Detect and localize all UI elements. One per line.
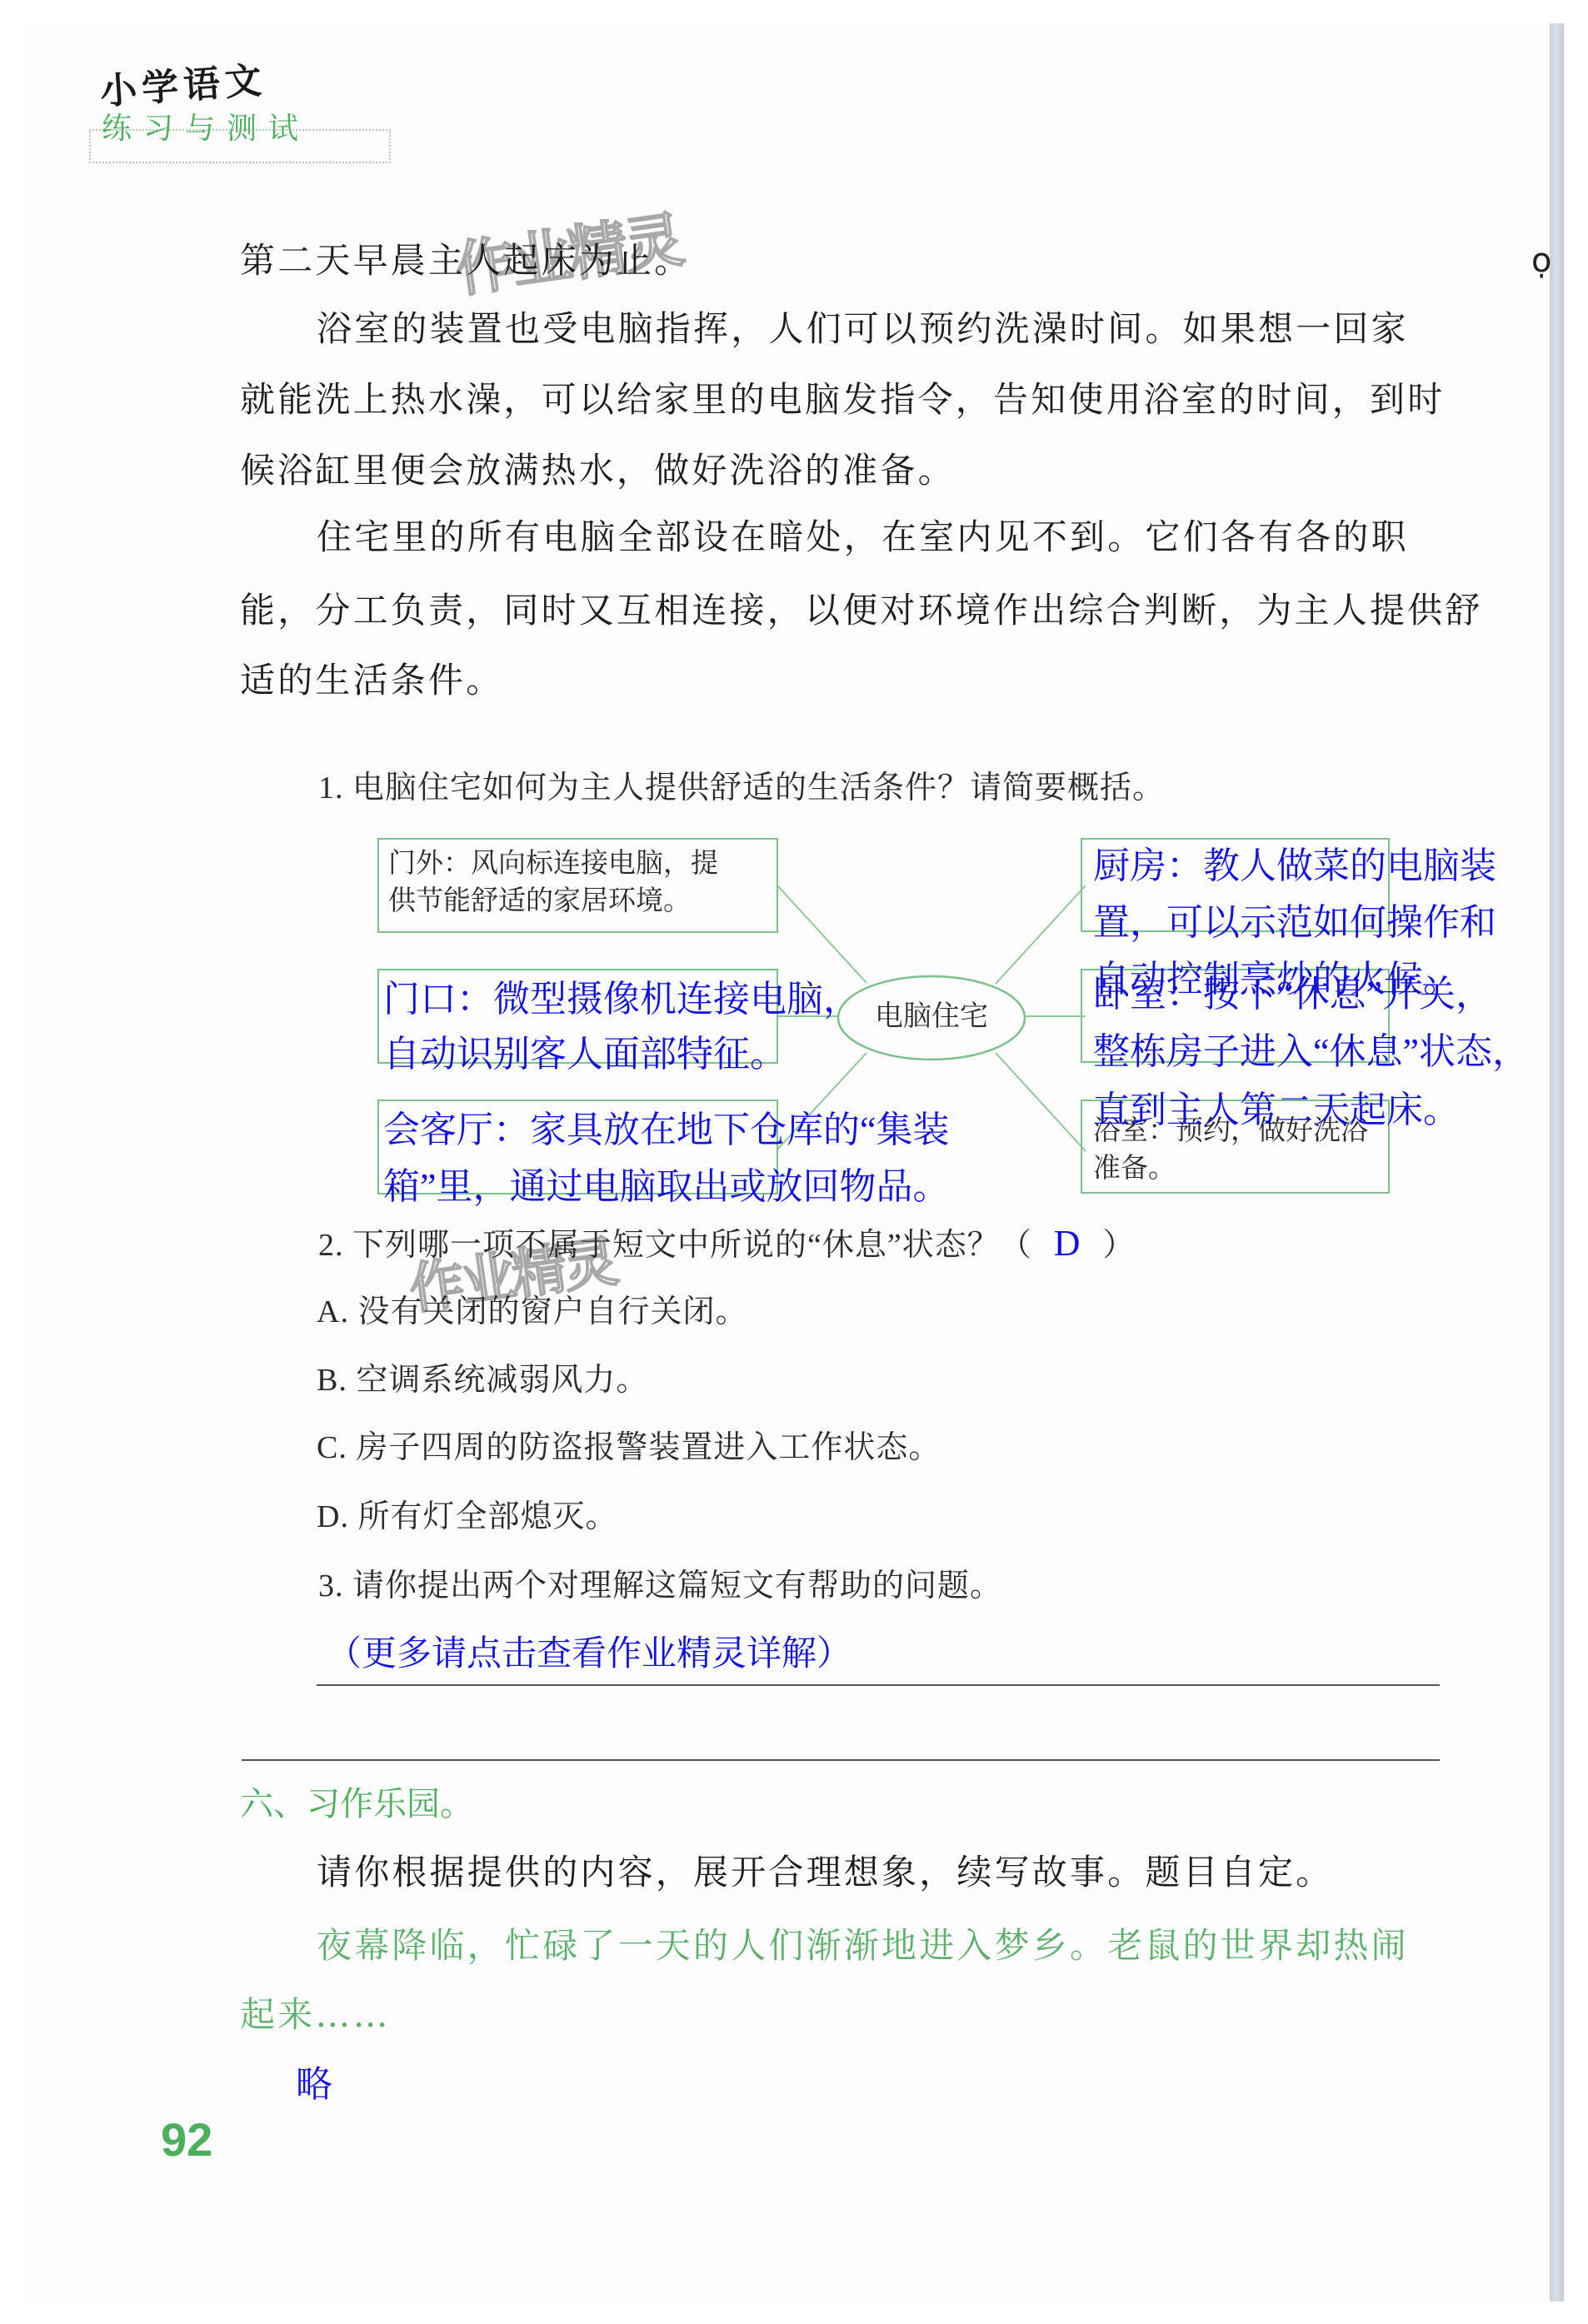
mind-map-answer-line: 卧室：按下“休息”开关， (1093, 966, 1492, 1023)
mind-map-answer-line: 会客厅：家具放在地下仓库的“集装 (383, 1102, 950, 1159)
question-2-prompt: 2. 下列哪一项不属于短文中所说的“休息”状态？（D） (318, 1219, 1136, 1264)
question-2-text: 2. 下列哪一项不属于短文中所说的“休息”状态？（ (318, 1228, 1032, 1263)
mind-map-answer-line: 直到主人第二天起床。 (1093, 1082, 1460, 1139)
section-6-answer: 略 (296, 2054, 332, 2107)
option-d: D. 所有灯全部熄灭。 (317, 1490, 617, 1536)
mind-map-answer-line: 整栋房子进入“休息”状态， (1093, 1024, 1529, 1080)
mind-map-printed-line: 门外：风向标连接电脑，提 (388, 845, 718, 883)
mind-map-printed-line: 准备。 (1093, 1150, 1176, 1188)
answer-line-2 (242, 1759, 1440, 1761)
mind-map-answer-line: 箱”里，通过电脑取出或放回物品。 (383, 1159, 950, 1215)
question-3-answer-link[interactable]: （更多请点击查看作业精灵详解） (327, 1626, 851, 1676)
mind-map-printed-line: 供节能舒适的家居环境。 (388, 883, 691, 920)
option-c: C. 房子四周的防盗报警装置进入工作状态。 (317, 1421, 941, 1467)
question-3-prompt: 3. 请你提出两个对理解这篇短文有帮助的问题。 (318, 1559, 1002, 1605)
option-b: B. 空调系统减弱风力。 (317, 1354, 648, 1399)
option-a: A. 没有关闭的窗户自行关闭。 (317, 1285, 747, 1331)
story-prompt-line-1: 夜幕降临，忙碌了一天的人们渐渐地进入梦乡。老鼠的世界却热闹 (317, 1918, 1409, 1968)
mind-map-center-label: 电脑住宅 (875, 998, 988, 1035)
mind-map-answer-line: 自动识别客人面部特征。 (383, 1026, 787, 1083)
section-6-heading: 六、习作乐园。 (240, 1778, 473, 1825)
question-2-answer: D (1054, 1222, 1081, 1264)
mind-map-answer-line: 厨房：教人做菜的电脑装 (1093, 838, 1496, 895)
section-6-instruction: 请你根据提供的内容，展开合理想象，续写故事。题目自定。 (317, 1845, 1333, 1895)
question-2-close-paren: ） (1103, 1228, 1136, 1263)
answer-line-1 (317, 1684, 1440, 1686)
story-prompt-line-2: 起来…… (240, 1987, 391, 2037)
mind-map-answer-line: 置，可以示范如何操作和 (1093, 895, 1496, 951)
page-number: 92 (161, 2112, 212, 2167)
mind-map-answer-line: 门口：微型摄像机连接电脑， (383, 971, 860, 1028)
